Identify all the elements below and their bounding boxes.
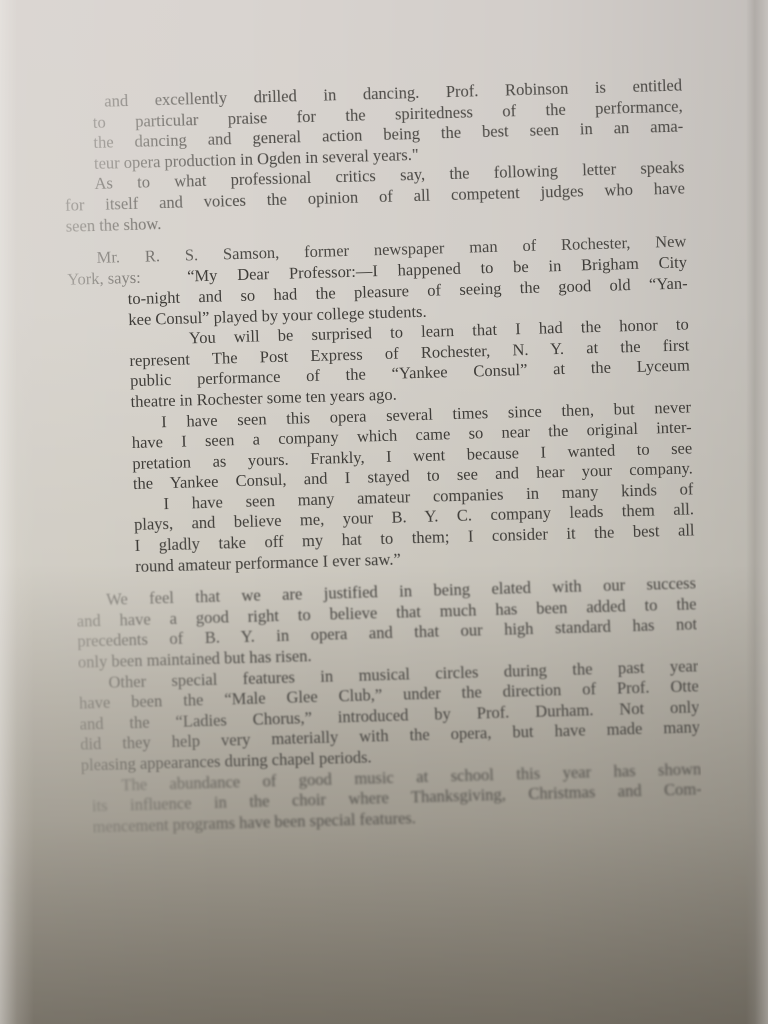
letter-paragraph-seen-opera: I have seen this opera several times sin… [131,397,693,495]
page-left-edge [0,0,34,1024]
letter-paragraph-honor: You will be surprised to learn that I ha… [129,315,691,413]
letter-paragraph-amateur: I have seen many amateur companies in ma… [133,479,695,577]
printed-page: and excellently drilled in dancing. Prof… [92,76,703,838]
letter-quote: “My Dear Professor:—I happened to be in … [97,253,695,578]
paragraph-special-features: Other special features in musical circle… [78,656,701,776]
page-right-edge [746,0,768,1024]
